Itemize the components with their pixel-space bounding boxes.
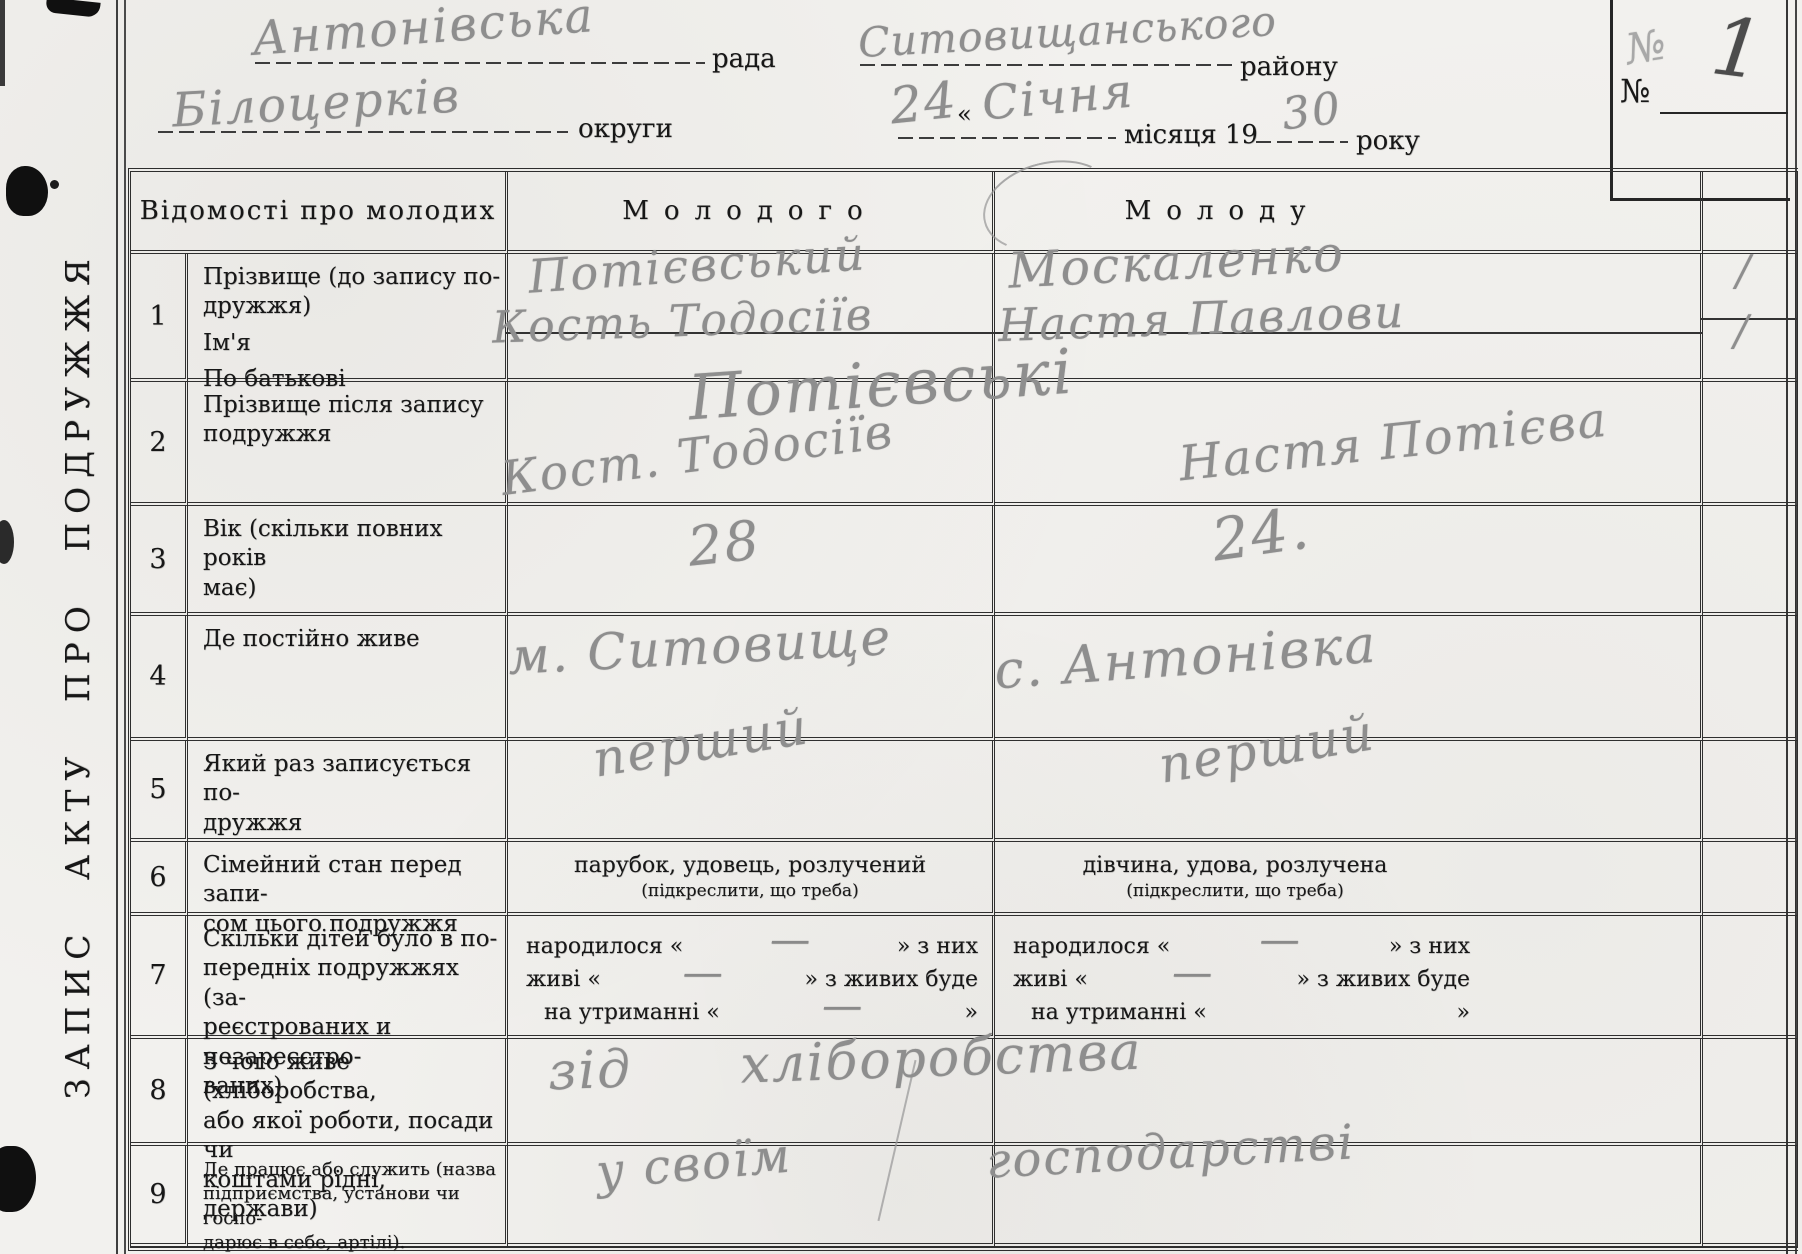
- okruha-blank-line: [158, 131, 568, 133]
- row-number: 5: [131, 741, 188, 842]
- cell-margin: [1703, 616, 1798, 741]
- council-label: рада: [712, 44, 776, 74]
- cell-margin: [1703, 741, 1798, 842]
- row-label-workplace: Де працює або служить (назва підприємств…: [188, 1146, 508, 1247]
- cell-split-line: [992, 332, 1703, 334]
- cell-split-line: [505, 332, 995, 334]
- vertical-form-title: ЗАПИС АКТУ ПРО ПОДРУЖЖЯ: [58, 170, 110, 1180]
- district-label: району: [1240, 52, 1338, 82]
- cell-split-line: [1700, 318, 1798, 320]
- row-number: 4: [131, 616, 188, 741]
- row-label-marital-status: Сімейний стан перед запи- сом цього подр…: [188, 842, 508, 916]
- cell-margin: [1703, 1146, 1798, 1247]
- cell-groom-surname: [508, 254, 995, 382]
- cell-bride-surname: [995, 254, 1703, 382]
- district-name-handwritten: Ситовищанського: [857, 0, 1278, 67]
- scan-edge-artifact: [0, 0, 5, 86]
- year-handwritten: 30: [1279, 83, 1345, 141]
- row-label-residence: Де постійно живе: [188, 616, 508, 741]
- left-rule-line: [116, 0, 126, 1254]
- cell-groom-residence: [508, 616, 995, 741]
- cell-bride-residence: [995, 616, 1703, 741]
- scanned-marriage-record-page: ЗАПИС АКТУ ПРО ПОДРУЖЖЯ Антонівська рада…: [0, 0, 1802, 1254]
- day-handwritten: 24: [887, 71, 960, 136]
- row-label-which-marriage: Який раз записується по- дружжя: [188, 741, 508, 842]
- cell-margin: [1703, 1039, 1798, 1146]
- cell-groom-livelihood: [508, 1039, 995, 1146]
- year-blank-line: [1256, 141, 1348, 143]
- cell-margin: [1703, 842, 1798, 916]
- marriage-form-table: Відомості про молодих Молодого Молоду 1 …: [128, 168, 1798, 1251]
- council-blank-line: [255, 62, 705, 64]
- cell-bride-children: народилося «—» з них живі «—» з живих бу…: [995, 916, 1703, 1039]
- handwritten-dash: —: [683, 963, 723, 983]
- cell-margin: [1703, 254, 1798, 382]
- record-number-handwritten: 1: [1707, 0, 1771, 98]
- cell-margin: [1703, 506, 1798, 616]
- column-header-groom: Молодого: [508, 172, 995, 254]
- cell-bride-which: [995, 741, 1703, 842]
- month-year-label: місяця 19: [1124, 120, 1258, 150]
- row-label-surname: Прізвище (до запису по- дружжя) Ім'я По …: [188, 254, 508, 382]
- row-number: 6: [131, 842, 188, 916]
- month-blank-line: [898, 137, 1116, 139]
- cell-bride-livelihood: [995, 1039, 1703, 1146]
- ink-blot: [0, 1146, 36, 1212]
- cell-bride-workplace: [995, 1146, 1703, 1247]
- quote-mark: «: [957, 100, 972, 128]
- column-header-info: Відомості про молодих: [131, 172, 508, 254]
- row-label-age: Вік (скільки повних років має): [188, 506, 508, 616]
- okruha-name-handwritten: Білоцерків: [171, 68, 462, 138]
- row-number: 7: [131, 916, 188, 1039]
- handwritten-dash: —: [822, 996, 862, 1016]
- district-blank-line: [860, 64, 1232, 66]
- cell-groom-which: [508, 741, 995, 842]
- number-blank-line: [1660, 112, 1788, 114]
- cell-groom: [508, 382, 995, 506]
- row-number: 1: [131, 254, 188, 382]
- row-label-children: Скільки дітей було в по- передніх подруж…: [188, 916, 508, 1039]
- cell-bride-age: [995, 506, 1703, 616]
- handwritten-dash: —: [1172, 963, 1212, 983]
- number-sign-label: №: [1620, 72, 1650, 110]
- month-handwritten: Січня: [980, 63, 1137, 131]
- cell-bride-status-options: дівчина, удова, розлучена (підкреслити, …: [995, 842, 1703, 916]
- number-pencil-scribble: №: [1622, 19, 1671, 74]
- cell-margin: [1703, 382, 1798, 506]
- cell-groom-age: [508, 506, 995, 616]
- cell-bride: [995, 382, 1703, 506]
- row-number: 2: [131, 382, 188, 506]
- column-header-margin: [1703, 172, 1798, 254]
- ink-blot: [45, 0, 100, 18]
- cell-groom-children: народилося «—» з них живі «—» з живих бу…: [508, 916, 995, 1039]
- cell-groom-workplace: [508, 1146, 995, 1247]
- row-number: 9: [131, 1146, 188, 1247]
- cell-groom-status-options: парубок, удовець, розлучений (підкреслит…: [508, 842, 995, 916]
- row-number: 3: [131, 506, 188, 616]
- row-label-surname-after: Прізвище після запису подружжя: [188, 382, 508, 506]
- ink-blot: [6, 166, 48, 216]
- row-number: 8: [131, 1039, 188, 1146]
- okruha-label: округи: [578, 114, 673, 144]
- council-name-handwritten: Антонівська: [250, 0, 596, 67]
- row-label-livelihood: З чого живе (хліборобства, або якої робо…: [188, 1039, 508, 1146]
- ink-blot: [0, 520, 14, 564]
- handwritten-dash: —: [770, 930, 810, 950]
- cell-margin: [1703, 916, 1798, 1039]
- handwritten-dash: —: [1260, 930, 1300, 950]
- year-label: року: [1356, 126, 1420, 156]
